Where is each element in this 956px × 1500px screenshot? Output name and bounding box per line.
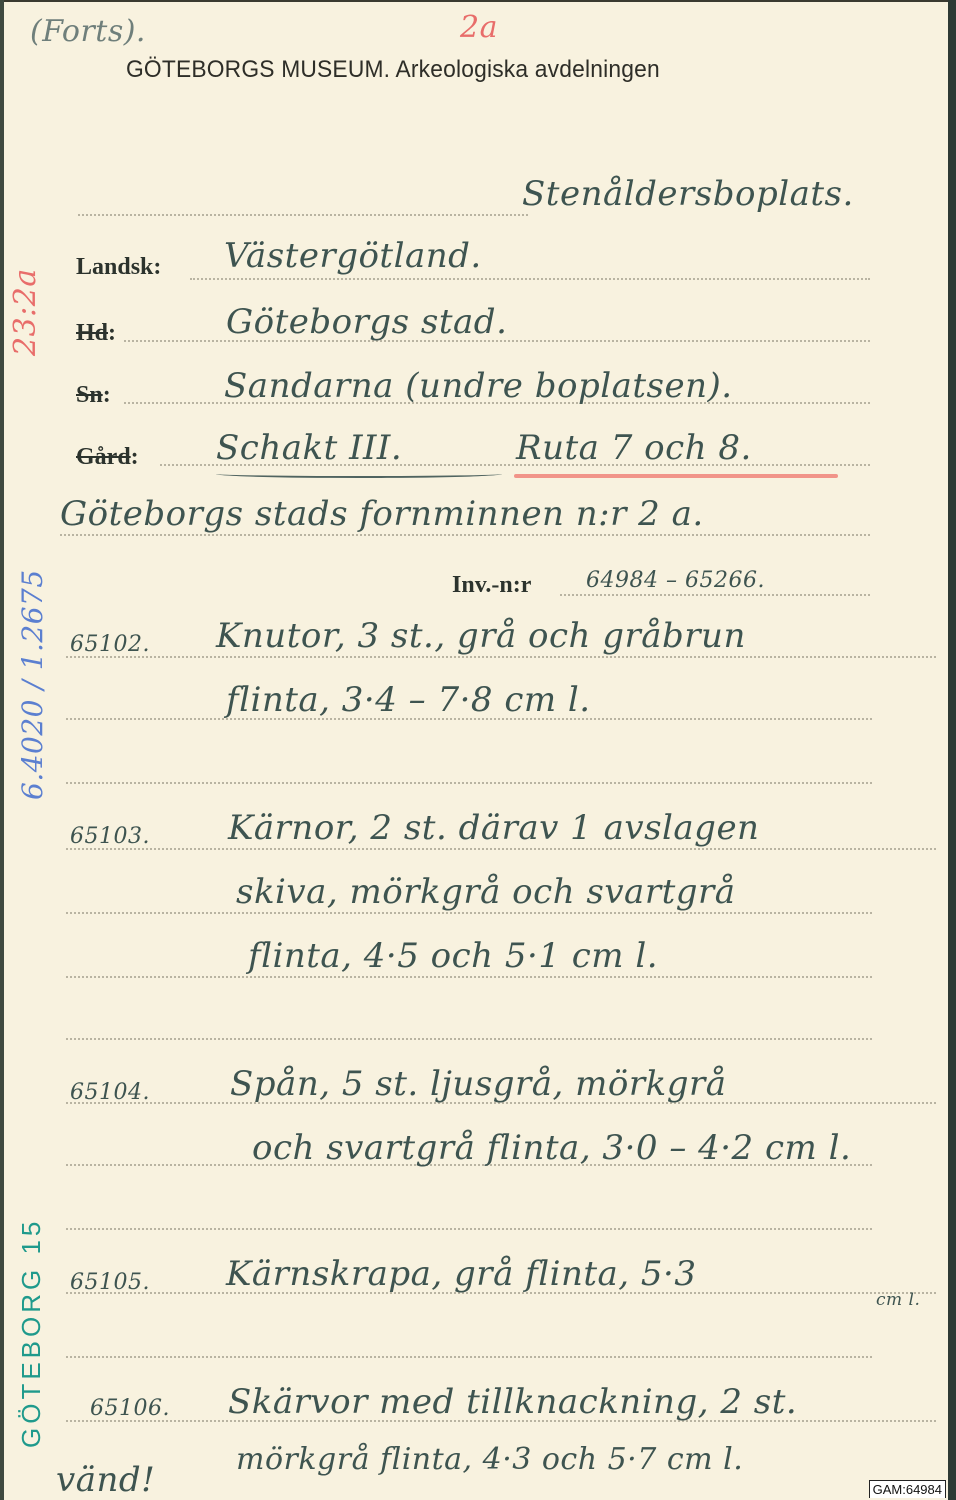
field-value-ruta: Ruta 7 och 8.: [516, 428, 752, 468]
field-label-gard: Gård:: [76, 444, 139, 471]
dotted-rule: [66, 976, 872, 978]
entry-number: 65104.: [70, 1080, 150, 1105]
scan-right-edge: [948, 0, 956, 1500]
field-value-landsk: Västergötland.: [224, 236, 482, 276]
field-value-hd: Göteborgs stad.: [226, 302, 507, 342]
dotted-rule: [60, 534, 870, 536]
corner-note: (Forts).: [30, 14, 146, 49]
dotted-rule: [66, 782, 872, 784]
dotted-rule: [66, 1356, 872, 1358]
dotted-rule: [66, 848, 936, 850]
entry-text: och svartgrå flinta, 3·0 – 4·2 cm l.: [252, 1128, 851, 1168]
field-value-schakt: Schakt III.: [216, 428, 402, 468]
red-underline: [514, 474, 838, 478]
entry-text: Knutor, 3 st., grå och gråbrun: [216, 616, 746, 656]
entry-text: Skärvor med tillknackning, 2 st.: [228, 1382, 797, 1422]
dotted-rule: [66, 656, 936, 658]
printed-header: GÖTEBORGS MUSEUM. Arkeologiska avdelning…: [126, 56, 660, 84]
field-label-sn: Sn:: [76, 382, 111, 409]
field-label-hd: Hd:: [76, 320, 116, 347]
monument-line: Göteborgs stads fornminnen n:r 2 a.: [60, 494, 704, 534]
dotted-rule: [66, 1038, 872, 1040]
field-label-landsk: Landsk:: [76, 254, 161, 281]
entry-text: cm l.: [876, 1290, 920, 1310]
footer-note: vänd!: [56, 1460, 155, 1500]
entry-text: flinta, 4·5 och 5·1 cm l.: [248, 936, 658, 976]
field-value-sn: Sandarna (undre boplatsen).: [224, 366, 733, 406]
entry-text: Kärnskrapa, grå flinta, 5·3: [226, 1254, 697, 1294]
stamp-goteborg: GÖTEBORG 15: [16, 1218, 47, 1448]
top-number: 2a: [460, 10, 498, 45]
inventory-value: 64984 – 65266.: [586, 568, 765, 593]
entry-number: 65105.: [70, 1270, 150, 1295]
entry-text: flinta, 3·4 – 7·8 cm l.: [226, 680, 591, 720]
dotted-rule: [66, 912, 872, 914]
site-type: Stenåldersboplats.: [522, 174, 854, 214]
entry-number: 65103.: [70, 824, 150, 849]
wavy-underline: [216, 470, 502, 478]
margin-note-blue: 6.4020 / 1.2675: [16, 569, 49, 800]
entry-text: Kärnor, 2 st. därav 1 avslagen: [228, 808, 759, 848]
entry-text: Spån, 5 st. ljusgrå, mörkgrå: [230, 1064, 727, 1104]
entry-text: mörkgrå flinta, 4·3 och 5·7 cm l.: [236, 1442, 743, 1477]
margin-note-red: 23:2a: [8, 268, 43, 356]
entry-number: 65102.: [70, 632, 150, 657]
entry-text: skiva, mörkgrå och svartgrå: [236, 872, 736, 912]
archive-id-label: GAM:64984: [869, 1480, 946, 1498]
entry-number: 65106.: [90, 1396, 170, 1421]
dotted-rule: [560, 594, 870, 596]
dotted-rule: [78, 214, 528, 216]
dotted-rule: [66, 1228, 872, 1230]
inventory-label: Inv.-n:r: [452, 572, 531, 599]
scan-left-edge: [0, 0, 4, 1500]
dotted-rule: [190, 278, 870, 280]
